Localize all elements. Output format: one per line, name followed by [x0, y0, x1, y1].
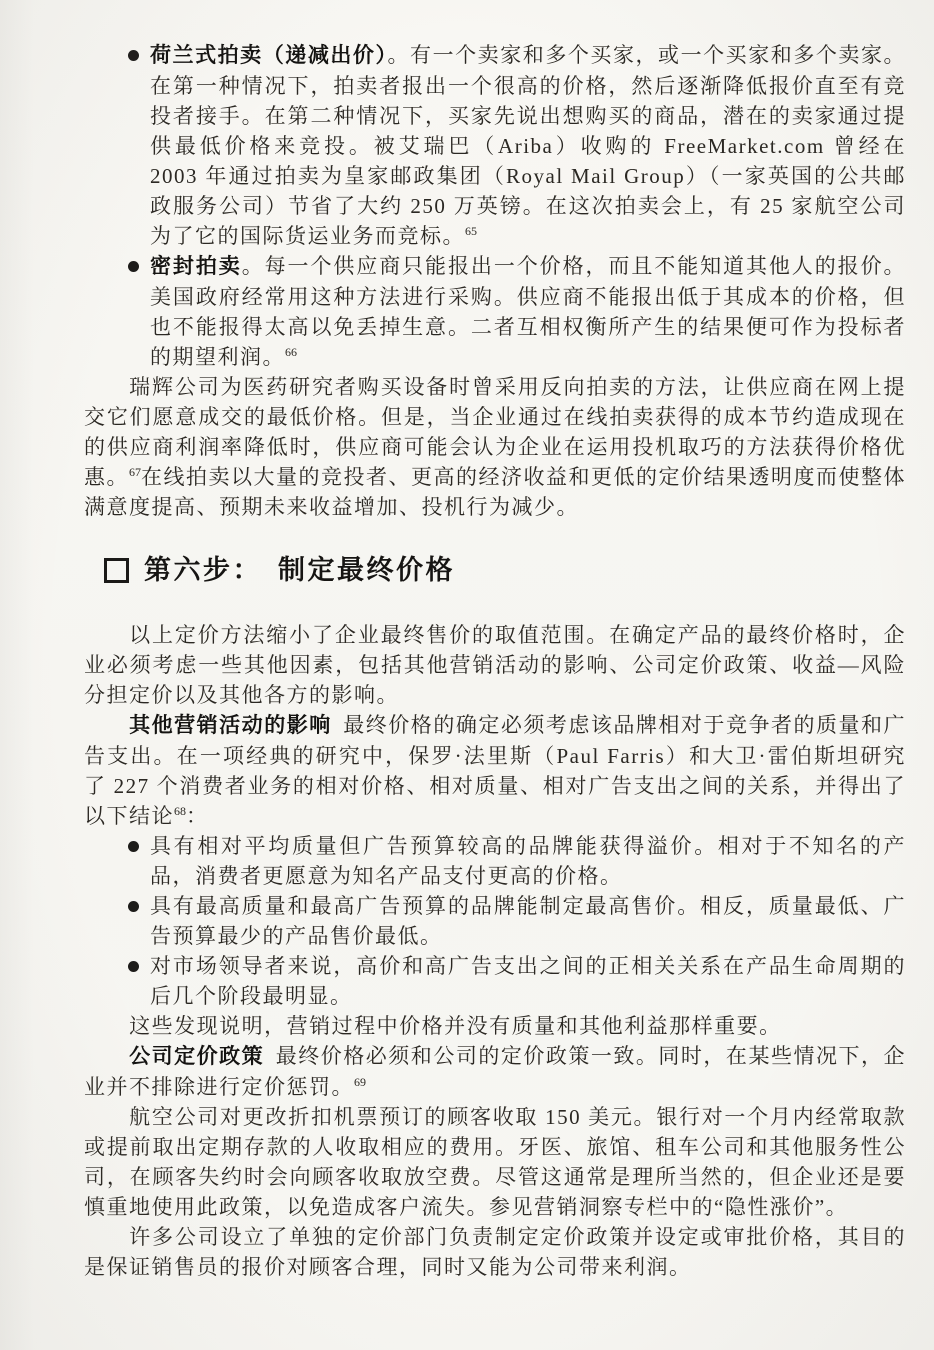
finding-text: 具有相对平均质量但广告预算较高的品牌能获得溢价。相对于不知名的产品，消费者更愿意… — [150, 834, 906, 888]
reverse-auction-paragraph: 瑞辉公司为医药研究者购买设备时曾采用反向拍卖的方法，让供应商在网上提交它们愿意成… — [84, 372, 906, 522]
paragraph-text: 在线拍卖以大量的竞投者、更高的经济收益和更低的定价结果透明度而使整体满意度提高、… — [84, 465, 906, 519]
square-bullet-icon — [104, 558, 129, 583]
bullet-icon — [128, 50, 139, 61]
finding-item: 具有最高质量和最高广告预算的品牌能制定最高售价。相反，质量最低、广告预算最少的产… — [84, 891, 906, 951]
bullet-icon — [128, 261, 139, 272]
bullet-icon — [128, 961, 139, 972]
pricing-department-paragraph: 许多公司设立了单独的定价部门负责制定定价政策并设定或审批价格，其目的是保证销售员… — [84, 1222, 906, 1282]
research-findings-list: 具有相对平均质量但广告预算较高的品牌能获得溢价。相对于不知名的产品，消费者更愿意… — [84, 831, 906, 1011]
paragraph-lead: 其他营销活动的影响 — [129, 714, 332, 737]
book-page: 荷兰式拍卖（递减出价）。有一个卖家和多个买家，或一个买家和多个卖家。在第一种情况… — [0, 0, 934, 1350]
footnote-ref-69: 69 — [354, 1075, 366, 1089]
bullet-icon — [128, 841, 139, 852]
paragraph-text: ： — [186, 804, 209, 828]
pricing-penalty-examples-paragraph: 航空公司对更改折扣机票预订的顾客收取 150 美元。银行对一个月内经常取款或提前… — [84, 1102, 906, 1222]
page-text-column: 荷兰式拍卖（递减出价）。有一个卖家和多个买家，或一个买家和多个卖家。在第一种情况… — [84, 40, 906, 1282]
auction-term: 密封拍卖 — [150, 255, 242, 278]
footnote-ref-65: 65 — [465, 224, 477, 238]
auction-list-item-sealed: 密封拍卖。每一个供应商只能报出一个价格，而且不能知道其他人的报价。美国政府经常用… — [84, 251, 906, 372]
finding-item: 对市场领导者来说，高价和高广告支出之间的正相关关系在产品生命周期的后几个阶段最明… — [84, 951, 906, 1011]
finding-text: 对市场领导者来说，高价和高广告支出之间的正相关关系在产品生命周期的后几个阶段最明… — [150, 954, 906, 1008]
marketing-activities-paragraph: 其他营销活动的影响最终价格的确定必须考虑该品牌相对于竞争者的质量和广告支出。在一… — [84, 710, 906, 831]
findings-summary: 这些发现说明，营销过程中价格并没有质量和其他利益那样重要。 — [84, 1011, 906, 1041]
auction-term: 荷兰式拍卖（递减出价） — [150, 44, 388, 67]
auction-list-item-dutch: 荷兰式拍卖（递减出价）。有一个卖家和多个买家，或一个买家和多个卖家。在第一种情况… — [84, 40, 906, 251]
finding-item: 具有相对平均质量但广告预算较高的品牌能获得溢价。相对于不知名的产品，消费者更愿意… — [84, 831, 906, 891]
footnote-ref-67: 67 — [129, 465, 141, 479]
step6-heading-text: 第六步： 制定最终价格 — [144, 554, 455, 586]
footnote-ref-68: 68 — [174, 804, 186, 818]
auction-type-list: 荷兰式拍卖（递减出价）。有一个卖家和多个买家，或一个买家和多个卖家。在第一种情况… — [84, 40, 906, 372]
finding-text: 具有最高质量和最高广告预算的品牌能制定最高售价。相反，质量最低、广告预算最少的产… — [150, 894, 906, 948]
footnote-ref-66: 66 — [285, 345, 297, 359]
final-price-intro-paragraph: 以上定价方法缩小了企业最终售价的取值范围。在确定产品的最终价格时，企业必须考虑一… — [84, 620, 906, 710]
bullet-icon — [128, 901, 139, 912]
auction-body: 。每一个供应商只能报出一个价格，而且不能知道其他人的报价。美国政府经常用这种方法… — [150, 254, 906, 369]
auction-body: 。有一个卖家和多个买家，或一个买家和多个卖家。在第一种情况下，拍卖者报出一个很高… — [150, 43, 906, 248]
paragraph-lead: 公司定价政策 — [129, 1045, 264, 1068]
step6-heading: 第六步： 制定最终价格 — [104, 554, 906, 586]
pricing-policy-paragraph: 公司定价政策最终价格必须和公司的定价政策一致。同时，在某些情况下，企业并不排除进… — [84, 1041, 906, 1102]
